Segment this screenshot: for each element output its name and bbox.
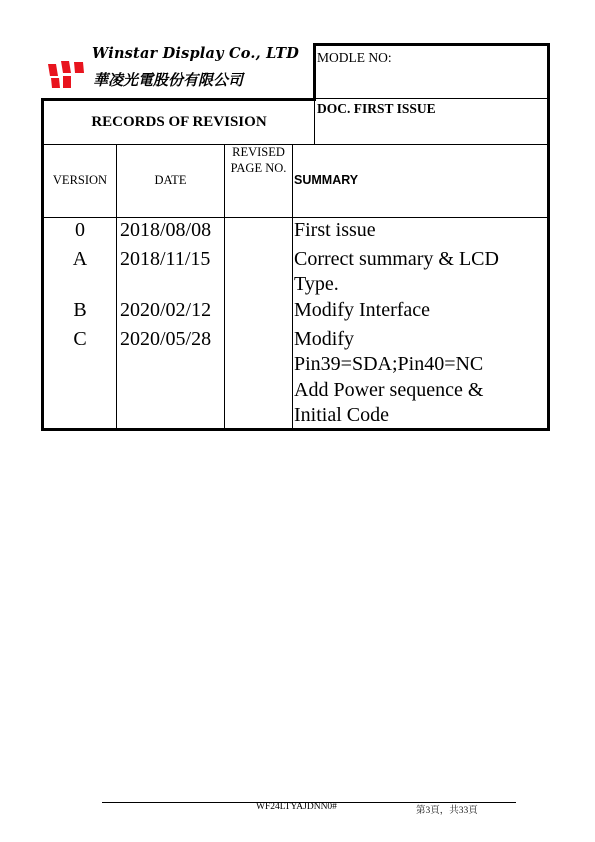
col-header-date: DATE bbox=[117, 173, 224, 188]
col-header-version: VERSION bbox=[44, 173, 116, 188]
row-date: 2020/05/28 bbox=[120, 327, 211, 353]
records-bottom bbox=[44, 144, 548, 145]
row-summary-cont: Add Power sequence & bbox=[294, 378, 483, 404]
model-no-bottom bbox=[316, 98, 548, 99]
records-divider bbox=[314, 100, 315, 145]
row-version: B bbox=[44, 298, 116, 324]
row-summary-cont: Initial Code bbox=[294, 403, 389, 429]
company-name-en: Winstar Display Co., LTD bbox=[92, 45, 299, 62]
row-summary-cont: Pin39=SDA;Pin40=NC bbox=[294, 352, 483, 378]
col-header-revised-line1: REVISED bbox=[225, 145, 292, 160]
records-border-top bbox=[41, 98, 316, 101]
row-date: 2018/11/15 bbox=[120, 247, 210, 273]
row-summary: Modify Interface bbox=[294, 298, 430, 324]
table-border-top-right bbox=[313, 43, 550, 46]
row-version: 0 bbox=[44, 218, 116, 244]
col-divider-2 bbox=[224, 145, 225, 429]
row-date: 2020/02/12 bbox=[120, 298, 211, 324]
row-summary: Correct summary & LCD bbox=[294, 247, 499, 273]
records-of-revision-title: RECORDS OF REVISION bbox=[44, 114, 314, 131]
row-summary: Modify bbox=[294, 327, 354, 353]
doc-first-issue-label: DOC. FIRST ISSUE bbox=[317, 101, 436, 117]
col-header-revised-line2: PAGE NO. bbox=[225, 161, 292, 176]
footer-doc-number: WF24LTYAJDNN0# bbox=[256, 802, 337, 812]
model-no-label: MODLE NO: bbox=[317, 50, 392, 66]
header-divider-left bbox=[313, 43, 316, 100]
row-summary-cont: Type. bbox=[294, 272, 339, 298]
row-version: A bbox=[44, 247, 116, 273]
footer-page-info: 第3頁，共33頁 bbox=[416, 802, 478, 816]
table-border-right bbox=[547, 43, 550, 431]
company-name-zh: 華凌光電股份有限公司 bbox=[93, 69, 243, 90]
row-date: 2018/08/08 bbox=[120, 218, 211, 244]
winstar-logo-icon bbox=[46, 58, 90, 90]
row-summary: First issue bbox=[294, 218, 376, 244]
col-divider-3 bbox=[292, 145, 293, 429]
row-version: C bbox=[44, 327, 116, 353]
col-header-summary: SUMMARY bbox=[294, 173, 358, 187]
